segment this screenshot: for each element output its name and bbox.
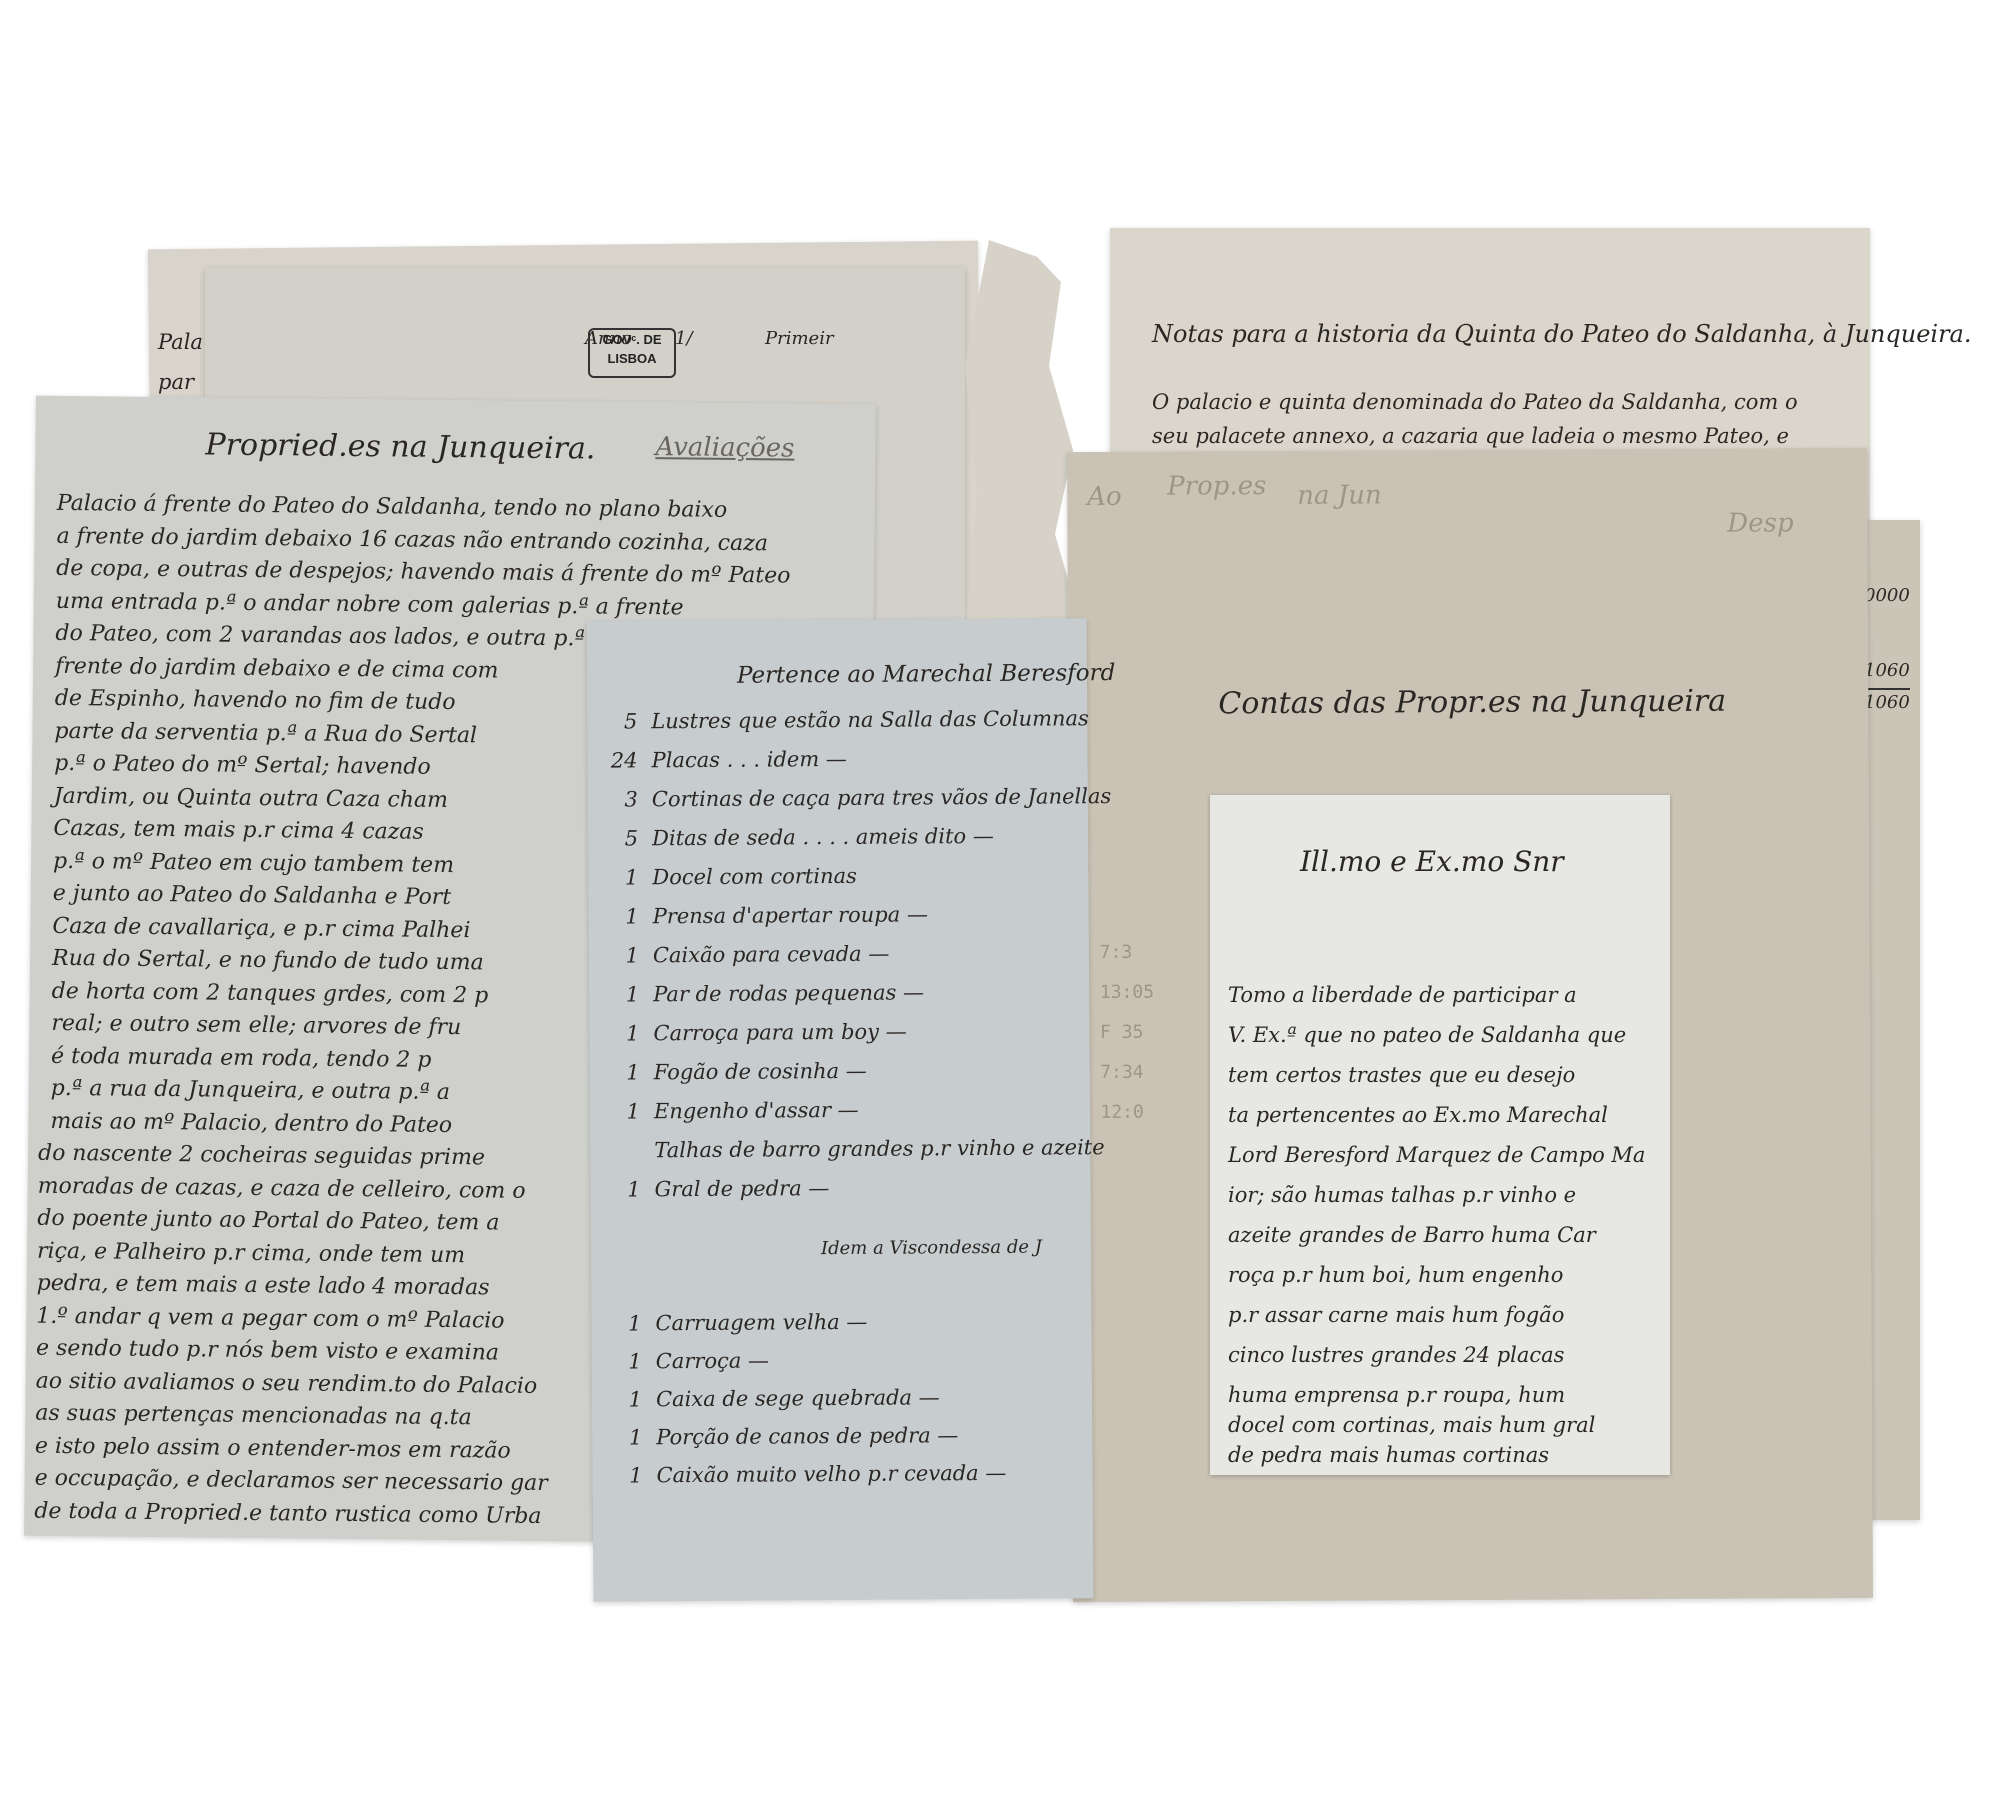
top-fragment: 1/	[675, 328, 693, 349]
appraisal-line: real; e outro sem elle; arvores de fru	[51, 1011, 461, 1040]
letter-line: Lord Beresford Marquez de Campo Ma	[1228, 1143, 1645, 1167]
item-quantity: 1	[602, 1349, 642, 1373]
government-stamp: GOVᶜ. DE LISBOA	[588, 328, 676, 378]
appraisal-line: Jardim, ou Quinta outra Caza cham	[54, 783, 448, 812]
appraisal-line: frente do jardim debaixo e de cima com	[55, 653, 499, 683]
ledger-ghost: 7:3	[1100, 942, 1133, 963]
item-quantity: 1	[599, 943, 639, 967]
inventory-item: 5Lustres que estão na Salla das Columnas	[597, 706, 1089, 733]
item-description: Caixão para cevada —	[653, 942, 890, 968]
item-quantity: 1	[602, 1463, 642, 1487]
appraisal-line: mais ao mº Palacio, dentro do Pateo	[50, 1108, 452, 1137]
item-description: Gral de pedra —	[654, 1176, 829, 1201]
letter-line: azeite grandes de Barro huma Car	[1228, 1223, 1596, 1247]
letter-line: p.r assar carne mais hum fogão	[1228, 1303, 1564, 1327]
appraisal-line: e isto pelo assim o entender-mos em razã…	[35, 1433, 511, 1463]
notes-line: O palacio e quinta denominada do Pateo d…	[1152, 390, 1798, 414]
item-quantity: 1	[599, 904, 639, 928]
top-fragment: na Jun	[1297, 480, 1382, 510]
appraisal-line: e sendo tudo p.r nós bem visto e examina	[36, 1336, 499, 1366]
item-description: Lustres que estão na Salla das Columnas	[651, 706, 1089, 733]
letter-line: cinco lustres grandes 24 placas	[1228, 1343, 1564, 1367]
inventory-item: 1Gral de pedra —	[600, 1176, 829, 1202]
item-quantity: 24	[597, 748, 637, 772]
appraisal-line: uma entrada p.ª o andar nobre com galeri…	[56, 588, 684, 620]
stamp-line: GOVᶜ. DE	[590, 330, 674, 349]
appraisal-line: e junto ao Pateo do Saldanha e Port	[53, 881, 452, 910]
inventory-item: 3Cortinas de caça para tres vãos de Jane…	[598, 784, 1112, 812]
inventory-item: 1Prensa d'apertar roupa —	[599, 902, 928, 928]
appraisal-header: Avaliações	[655, 432, 794, 463]
item-quantity: 5	[597, 709, 637, 733]
inventory-section-title: Idem a Viscondessa de J	[821, 1237, 1042, 1260]
appraisal-line: do poente junto ao Portal do Pateo, tem …	[37, 1206, 499, 1236]
item-quantity: 3	[598, 787, 638, 811]
letter-line: docel com cortinas, mais hum gral	[1228, 1413, 1595, 1437]
appraisal-line: do Pateo, com 2 varandas aos lados, e ou…	[55, 621, 605, 652]
item-quantity: 5	[598, 826, 638, 850]
appraisal-line: a frente do jardim debaixo 16 cazas não …	[56, 523, 768, 555]
letter-line: V. Ex.ª que no pateo de Saldanha que	[1228, 1023, 1626, 1047]
item-description: Carroça para um boy —	[653, 1020, 906, 1046]
inventory-item: 1Carroça para um boy —	[599, 1020, 906, 1046]
stamp-line: LISBOA	[590, 349, 674, 368]
inventory-item: 1Porção de canos de pedra —	[602, 1423, 958, 1449]
item-description: Placas . . . idem —	[651, 747, 846, 772]
appraisal-line: é toda murada em roda, tendo 2 p	[51, 1043, 432, 1072]
item-quantity: 1	[599, 1021, 639, 1045]
appraisal-line: Palacio á frente do Pateo do Saldanha, t…	[57, 491, 728, 523]
item-quantity: 1	[598, 865, 638, 889]
item-quantity: 1	[600, 1177, 640, 1201]
inventory-item: 24Placas . . . idem —	[597, 747, 846, 773]
item-description: Caixa de sege quebrada —	[656, 1385, 940, 1411]
item-quantity: 1	[602, 1387, 642, 1411]
notes-title: Notas para a historia da Quinta do Pateo…	[1152, 320, 1972, 348]
item-description: Carruagem velha —	[655, 1310, 867, 1335]
appraisal-line: ao sitio avaliamos o seu rendim.to do Pa…	[36, 1368, 538, 1398]
appraisal-title: Propried.es na Junqueira.	[205, 427, 595, 466]
top-fragment: Primeir	[765, 328, 834, 349]
notes-line: seu palacete annexo, a cazaria que ladei…	[1152, 424, 1789, 448]
item-description: Docel com cortinas	[652, 864, 857, 889]
margin-fragment: par	[158, 370, 194, 394]
appraisal-line: de copa, e outras de despejos; havendo m…	[56, 556, 791, 589]
inventory-item: 1Caixão para cevada —	[599, 942, 890, 968]
appraisal-line: de toda a Propried.e tanto rustica como …	[34, 1498, 541, 1528]
inventory-item: 1Caixão muito velho p.r cevada —	[602, 1461, 1006, 1488]
inventory-item: 1Fogão de cosinha —	[600, 1059, 867, 1085]
item-description: Porção de canos de pedra —	[656, 1423, 958, 1449]
ledger-ghost: 7:34	[1100, 1062, 1143, 1083]
inventory-item: 1Par de rodas pequenas —	[599, 980, 924, 1006]
header-fragment: Desp	[1727, 508, 1793, 538]
item-quantity: 1	[602, 1425, 642, 1449]
ledger-ghost: F 35	[1100, 1022, 1143, 1043]
appraisal-line: de Espinho, havendo no fim de tudo	[55, 686, 456, 715]
top-fragment: Ao	[1087, 482, 1122, 512]
edge-number: 0000	[1864, 585, 1910, 606]
letter-line: roça p.r hum boi, hum engenho	[1228, 1263, 1563, 1287]
appraisal-line: riça, e Palheiro p.r cima, onde tem um	[37, 1238, 465, 1267]
accounts-title: Contas das Propr.es na Junqueira	[1218, 684, 1726, 722]
item-description: Carroça —	[656, 1349, 769, 1374]
ledger-ghost: 13:05	[1100, 982, 1154, 1003]
letter-line: huma emprensa p.r roupa, hum	[1228, 1383, 1565, 1407]
item-description: Fogão de cosinha —	[654, 1059, 867, 1084]
item-description: Cortinas de caça para tres vãos de Janel…	[652, 784, 1112, 811]
item-quantity: 1	[600, 1099, 640, 1123]
item-description: Ditas de seda . . . . ameis dito —	[652, 824, 994, 850]
item-quantity: 1	[600, 1060, 640, 1084]
appraisal-line: de horta com 2 tanques grdes, com 2 p	[52, 978, 489, 1008]
appraisal-line: Cazas, tem mais p.r cima 4 cazas	[53, 816, 424, 845]
ledger-ghost: 12:0	[1100, 1102, 1143, 1123]
appraisal-line: p.ª o Pateo do mº Sertal; havendo	[54, 751, 431, 780]
item-description: Caixão muito velho p.r cevada —	[656, 1461, 1006, 1487]
inventory-item: 1Carruagem velha —	[601, 1310, 867, 1336]
letter-line: ior; são humas talhas p.r vinho e	[1228, 1183, 1576, 1207]
letter-sheet: Ill.mo e Ex.mo Snr Tomo a liberdade de p…	[1210, 795, 1670, 1475]
appraisal-line: e occupação, e declaramos ser necessario…	[35, 1466, 548, 1496]
inventory-item: 1Carroça —	[602, 1349, 769, 1374]
appraisal-line: do nascente 2 cocheiras seguidas prime	[38, 1141, 485, 1171]
inventory-item: 1Docel com cortinas	[598, 864, 857, 890]
inventory-page: Pertence ao Marechal Beresford 5Lustres …	[587, 618, 1094, 1601]
item-description: Engenho d'assar —	[654, 1098, 859, 1123]
appraisal-line: p.ª o mº Pateo em cujo tambem tem	[53, 848, 454, 877]
edge-number: 1060	[1864, 692, 1910, 713]
letter-line: de pedra mais humas cortinas	[1228, 1443, 1549, 1467]
item-description: Talhas de barro grandes p.r vinho e azei…	[654, 1135, 1105, 1162]
edge-number: 1060	[1864, 660, 1910, 681]
inventory-item: Talhas de barro grandes p.r vinho e azei…	[600, 1135, 1104, 1163]
item-quantity: 1	[601, 1311, 641, 1335]
appraisal-line: p.ª a rua da Junqueira, e outra p.ª a	[51, 1076, 450, 1105]
appraisal-line: 1.º andar q vem a pegar com o mº Palacio	[36, 1303, 504, 1333]
inventory-item: 1Caixa de sege quebrada —	[602, 1385, 940, 1411]
letter-line: tem certos trastes que eu desejo	[1228, 1063, 1575, 1087]
top-fragment: Prop.es	[1167, 471, 1266, 502]
appraisal-line: Caza de cavallariça, e p.r cima Palhei	[52, 913, 470, 942]
appraisal-line: parte da serventia p.ª a Rua do Sertal	[54, 718, 477, 747]
inventory-item: 5Ditas de seda . . . . ameis dito —	[598, 824, 994, 851]
appraisal-line: moradas de cazas, e caza de celleiro, co…	[38, 1173, 526, 1203]
letter-salutation: Ill.mo e Ex.mo Snr	[1300, 845, 1564, 878]
item-description: Prensa d'apertar roupa —	[653, 902, 928, 928]
inventory-title: Pertence ao Marechal Beresford	[737, 660, 1116, 689]
appraisal-line: Rua do Sertal, e no fundo de tudo uma	[52, 946, 484, 976]
appraisal-line: as suas pertenças mencionadas na q.ta	[35, 1401, 472, 1431]
appraisal-line: pedra, e tem mais a este lado 4 moradas	[37, 1271, 490, 1301]
inventory-item: 1Engenho d'assar —	[600, 1098, 859, 1124]
letter-line: ta pertencentes ao Ex.mo Marechal	[1228, 1103, 1608, 1127]
item-description: Par de rodas pequenas —	[653, 980, 924, 1006]
margin-fragment: Pala	[158, 330, 203, 354]
letter-line: Tomo a liberdade de participar a	[1228, 983, 1577, 1007]
item-quantity: 1	[599, 982, 639, 1006]
